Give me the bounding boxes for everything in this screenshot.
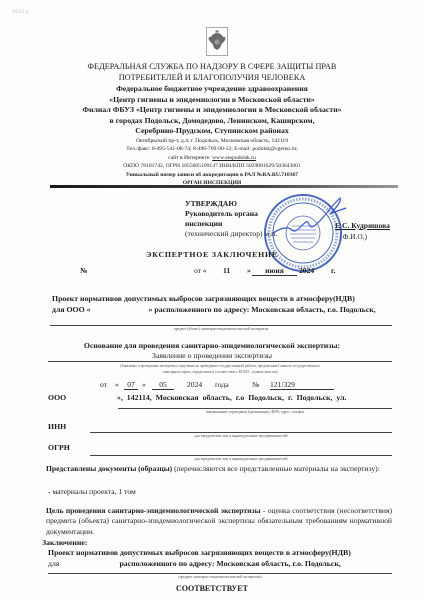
applicant-org-prefix: ООО (48, 393, 66, 404)
subject-underline (50, 325, 392, 326)
subject-block: Проект нормативов допустимых выбросов за… (52, 294, 390, 315)
website-row: сайт в Интернете: www.sespodolsk.ru (0, 154, 424, 162)
website-label: сайт в Интернете: (168, 155, 212, 161)
basis-underline (48, 361, 392, 362)
date-year-suffix: г. (331, 266, 336, 275)
subject-line-1: Проект нормативов допустимых выбросов за… (52, 294, 390, 305)
subject-caption: предмет (объект) санитарно-эпидемиологич… (50, 327, 392, 331)
address: Октябрьский пр-т, д.4, г. Подольск, Моск… (0, 137, 424, 145)
contact-block: Октябрьский пр-т, д.4, г. Подольск, Моск… (0, 137, 424, 187)
number-label: № (80, 266, 88, 275)
documents-description: (перечисляются все представленные матери… (172, 464, 380, 473)
date-prefix: от « (194, 266, 207, 275)
ogrn-underline (90, 455, 392, 456)
inn-underline (90, 432, 392, 433)
institution-line-2: «Центр гигиены и эпидемиологии в Московс… (0, 95, 424, 106)
institution-line-1: Федеральное бюджетное учреждение здравоо… (0, 84, 424, 95)
verdict-underline (48, 573, 392, 574)
signature-icon (270, 196, 350, 246)
basis-caption: (Заявление о проведении экспертизы, пору… (44, 363, 396, 375)
branch-line-3: Серебрино-Прудском, Ступинском районах (0, 126, 424, 137)
verdict-caption: (предмет санитарно-эпидемиологической эк… (48, 575, 392, 579)
basis-caption-line-2: санитарного врача, определение в соответ… (44, 369, 396, 375)
basis-year-suffix: года (215, 380, 229, 389)
verdict-prefix: для (48, 559, 59, 568)
basis-number-label: № (252, 380, 259, 389)
verdict-line-2: длярасположенного по адресу: Московская … (48, 559, 392, 570)
agency-header: ФЕДЕРАЛЬНАЯ СЛУЖБА ПО НАДЗОРУ В СФЕРЕ ЗА… (0, 61, 424, 83)
basis-number-value: 121/329 (270, 380, 334, 390)
branch-line-1: Филиал ФБУЗ «Центр гигиены и эпидемиолог… (0, 105, 424, 116)
verdict-heading: Заключение: (42, 538, 87, 549)
applicant-address: », 142114, Московская область, г.о Подол… (117, 393, 397, 404)
subject-address: » расположенного по адресу: Московская о… (149, 305, 376, 314)
date-day: 11 (223, 266, 230, 275)
inn-label: ИНН (48, 422, 66, 433)
date-month: июня (252, 266, 297, 276)
agency-line-2: ПОТРЕБИТЕЛЕЙ И БЛАГОПОЛУЧИЯ ЧЕЛОВЕКА (0, 72, 424, 83)
basis-year: 2024 (187, 380, 202, 389)
subject-org-prefix: для ООО « (52, 305, 91, 314)
applicant-underline (118, 408, 392, 409)
registry: ОКПО 78101742, ОГРН 1055005109147 ИНН/КП… (0, 162, 424, 170)
ogrn-caption: для юридических лиц и индивидуальных пре… (90, 457, 392, 461)
basis-day: 07 (124, 380, 138, 390)
header-divider (50, 185, 398, 188)
agency-line-1: ФЕДЕРАЛЬНАЯ СЛУЖБА ПО НАДЗОРУ В СФЕРЕ ЗА… (0, 61, 424, 72)
documents-item: - материалы проекта, 1 том (48, 487, 136, 497)
coat-of-arms-icon (206, 27, 228, 56)
documents-block: Представлены документы (образцы) (перечи… (46, 464, 392, 474)
branch-line-2: в городах Подольск, Домодедово, Ленинско… (0, 116, 424, 127)
verdict-block: Проект нормативов допустимых выбросов за… (48, 548, 392, 569)
website-link[interactable]: www.sespodolsk.ru (212, 155, 256, 161)
accreditation: Уникальный номер записи об аккредитации … (0, 171, 424, 179)
verdict-result: СООТВЕТСТВУЕТ (0, 584, 424, 593)
verdict-address: расположенного по адресу: Московская обл… (119, 559, 340, 568)
basis-date-prefix: от (100, 380, 107, 389)
subject-line-2: для ООО «» расположенного по адресу: Мос… (52, 305, 390, 316)
purpose-heading: Цель проведения санитарно-эпидемиологиче… (46, 506, 261, 515)
verdict-line-1: Проект нормативов допустимых выбросов за… (48, 548, 392, 559)
basis-value: Заявление о проведении экспертизы (0, 351, 424, 360)
contacts: Тел./факс: 8-495-541-08-74; 8-496-769-90… (0, 145, 424, 153)
date-day-close: » (247, 266, 251, 275)
ogrn-label: ОГРН (48, 443, 70, 454)
documents-heading: Представлены документы (образцы) (46, 464, 172, 473)
applicant-caption: наименование учреждения (организации), Ф… (118, 410, 392, 414)
inn-caption: для юридических лиц и индивидуальных пре… (90, 434, 392, 438)
purpose-block: Цель проведения санитарно-эпидемиологиче… (46, 506, 392, 537)
institution-header: Федеральное бюджетное учреждение здравоо… (0, 84, 424, 137)
basis-month: 05 (152, 380, 174, 390)
scan-mark: 10.0.3.4 (12, 10, 28, 15)
date-year: 2024 (299, 266, 314, 275)
basis-heading: Основание для проведения санитарно-эпиде… (0, 341, 424, 352)
document-title: ЭКСПЕРТНОЕ ЗАКЛЮЧЕНИЕ (0, 250, 424, 259)
